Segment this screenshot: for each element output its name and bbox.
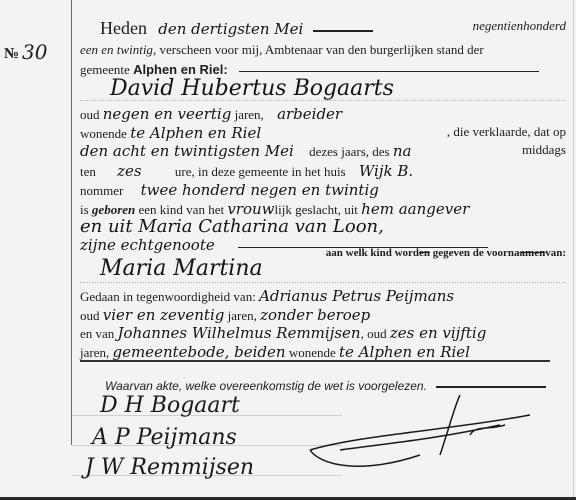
house-number: twee honderd negen en twintig [141,181,379,199]
declarant-age: negen en veertig [103,105,232,123]
line-date: Heden den dertigsten Mei negentienhonder… [80,18,566,39]
handwritten-date: den dertigsten Mei [158,20,303,38]
printed-text: nommer [80,183,123,198]
printed-text: wonende [80,126,127,141]
fill-dash [239,71,539,72]
line-declarant-age: oud negen en veertig jaren, arbeider [80,105,566,123]
line-given-names-label: aan welk kind worden gegeven de voornaam… [80,240,566,256]
printed-text: dezes jaars, des [309,144,390,159]
printed-text: ure, in deze gemeente in het huis [175,164,346,179]
printed-text: een kind van het [139,202,225,217]
line-house-number: nommer twee honderd negen en twintig [80,181,566,199]
fill-dash [436,386,546,388]
printed-text: negentienhonderd [473,18,566,34]
line-mother: en uit Maria Catharina van Loon, [80,216,566,237]
line-witness1-age: oud vier en zeventig jaren, zonder beroe… [80,306,566,324]
line-witness2-details: jaren, gemeentebode, beiden wonende te A… [80,343,566,361]
line-child-name: Maria Martina [80,256,566,283]
witness2-occupation: gemeentebode, beiden [112,343,285,361]
printed-text: , oud [361,326,387,341]
printed-text: Gedaan in tegenwoordigheid van: [80,289,256,304]
line-birth-hour: ten zes ure, in deze gemeente in het hui… [80,162,566,180]
line-residence: wonende te Alphen en Riel , die verklaar… [80,124,566,142]
municipality-stamp: Alphen en Riel: [133,62,228,77]
birth-date: den acht en twintigsten Mei [80,142,294,160]
witness2-age: zes en vijftig [390,324,486,342]
record-number-label: № [4,46,19,63]
line-year: een en twintig, verscheen voor mij, Ambt… [80,42,566,58]
line-declarant: David Hubertus Bogaarts [80,76,566,101]
line-closing: Waarvan akte, welke overeenkomstig de we… [105,378,566,394]
printed-text: jaren, [235,107,264,122]
printed-text: oud [80,308,100,323]
printed-text: oud [80,107,100,122]
closing-statement: Waarvan akte, welke overeenkomstig de we… [105,379,427,393]
printed-text: jaren, [228,308,257,323]
printed-text: ten [80,164,96,179]
witness1-occupation: zonder beroep [260,306,370,324]
printed-text: , verscheen voor mij, Ambtenaar van den … [153,42,484,57]
birth-record-page: № 30 Heden den dertigsten Mei negentienh… [0,0,576,500]
line-witness2: en van Johannes Wilhelmus Remmijsen, oud… [80,324,566,342]
printed-born: geboren [92,202,135,217]
declarant-name: David Hubertus Bogaarts [110,76,394,101]
printed-text: wonende [289,345,336,360]
record-number: 30 [22,40,47,64]
printed-text: lijk geslacht, uit [275,202,358,217]
signature-witness1: A P Peijmans [92,425,237,450]
declarant-residence: te Alphen en Riel [130,124,261,142]
printed-text: middags [522,142,566,158]
witnesses-residence: te Alphen en Riel [339,343,470,361]
printed-text: gemeente [80,62,130,77]
signature-registrar [300,395,540,475]
line-birth-date: den acht en twintigsten Mei dezes jaars,… [80,142,566,160]
line-witness1: Gedaan in tegenwoordigheid van: Adrianus… [80,287,566,305]
birth-time-period: na [393,142,412,160]
printed-year: een en twintig [80,42,153,57]
signature-declarant: D H Bogaart [100,393,240,418]
mother-name: en uit Maria Catharina van Loon, [80,216,384,237]
printed-text: en van [80,326,114,341]
margin-rule [71,0,72,445]
printed-text: , die verklaarde, dat op [447,124,566,140]
house-ward: Wijk B. [359,162,413,180]
printed-text: is [80,202,89,217]
witness2-name: Johannes Wilhelmus Remmijsen [118,324,361,342]
section-rule [80,360,550,362]
page-edge [573,0,574,500]
printed-text: Heden [100,18,147,38]
witness1-name: Adrianus Petrus Peijmans [259,287,454,305]
child-name: Maria Martina [100,256,263,281]
printed-text: jaren, [80,345,109,360]
declarant-occupation: arbeider [277,105,342,123]
birth-hour: zes [117,162,141,180]
fill-dash [313,30,373,32]
witness1-age: vier en zeventig [103,306,225,324]
signature-witness2: J W Remmijsen [85,455,254,480]
